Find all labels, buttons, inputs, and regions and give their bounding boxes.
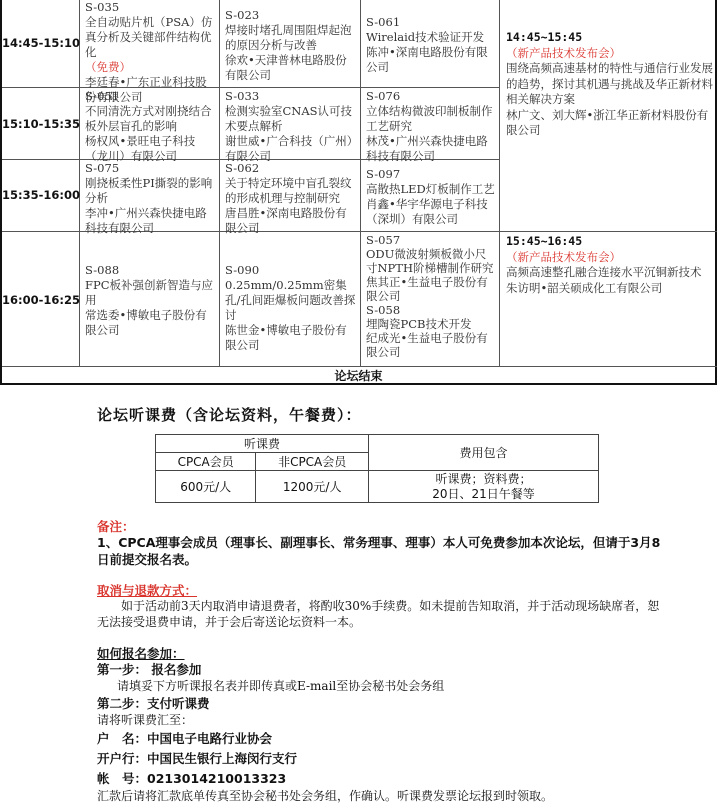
member-header: CPCA会员 — [156, 453, 256, 471]
session-title: 不同清洗方式对刚挠结合板外层盲孔的影响 — [85, 104, 215, 134]
launch-label: （新产品技术发布会） — [506, 250, 714, 266]
bank-label: 开户行： — [97, 751, 147, 766]
session-title: 埋陶瓷PCB技术开发 — [366, 317, 495, 331]
schedule-table: 14:45-15:10 S-035 全自动贴片机（PSA）仿真分析及关键部件结构… — [0, 0, 720, 388]
session-cell: S-090 0.25mm/0.25mm密集孔/孔间距爆板问题改善探讨 陈世金•博… — [221, 263, 360, 353]
session-speaker: 陈冲•深南电路股份有限公司 — [366, 45, 495, 75]
launch-desc: 高频高速整孔融合连接水平沉铜新技术 — [506, 265, 714, 281]
account-no-row: 帐 号：0213014210013323 — [97, 769, 286, 787]
session-cell: S-023 焊接时堵孔周围阻焊起泡的原因分析与改善 徐欢•天津普林电路股份有限公… — [221, 8, 360, 83]
session-speaker: 徐欢•天津普林电路股份有限公司 — [225, 53, 356, 83]
member-price: 600元/人 — [156, 471, 256, 503]
account-name: 中国电子电路行业协会 — [147, 731, 272, 746]
account-no-label: 帐 号： — [97, 771, 147, 786]
step2-label: 第二步：支付听课费 — [97, 694, 210, 712]
session-speaker: 杨权风•景旺电子科技（龙川）有限公司 — [85, 134, 215, 164]
bank-name: 中国民生银行上海闵行支行 — [147, 751, 297, 766]
fee-table: 听课费 费用包含 CPCA会员 非CPCA会员 600元/人 1200元/人 听… — [155, 434, 599, 503]
session-code: S-033 — [225, 89, 356, 104]
session-title: 全自动贴片机（PSA）仿真分析及关键部件结构优化 — [85, 15, 215, 60]
divider — [2, 366, 717, 367]
session-cell: S-097 高散热LED灯板制作工艺 肖鑫•华宇华源电子科技（深圳）有限公司 — [362, 167, 499, 227]
nonmember-header: 非CPCA会员 — [256, 453, 369, 471]
account-name-label: 户 名： — [97, 731, 147, 746]
launch-time: 15:45~16:45 — [506, 234, 714, 250]
session-code: S-058 — [366, 303, 495, 317]
cancellation-text: 如于活动前3天内取消申请退费者，将酌收30%手续费。如未提前告知取消，并于活动现… — [97, 598, 667, 630]
session-speaker: 常选委•博敏电子股份有限公司 — [85, 308, 215, 338]
includes-header: 费用包含 — [369, 435, 599, 471]
session-cell: S-088 FPC板补强创新智造与应用 常选委•博敏电子股份有限公司 — [81, 263, 219, 338]
session-speaker: 焦其正•生益电子股份有限公司 — [366, 275, 495, 303]
session-speaker: 林茂•广州兴森快捷电路科技有限公司 — [366, 134, 495, 164]
product-launch: 14:45~15:45 （新产品技术发布会） 围绕高频高速基材的特性与通信行业发… — [502, 30, 718, 139]
cancellation-label: 取消与退款方式： — [97, 581, 197, 599]
divider — [2, 87, 500, 88]
session-title: Wirelaid技术验证开发 — [366, 30, 495, 45]
session-cell: S-051 不同清洗方式对刚挠结合板外层盲孔的影响 杨权风•景旺电子科技（龙川）… — [81, 89, 219, 164]
registration-footer: 汇款后请将汇款底单传真至协会秘书处会务组，作确认。听课费发票论坛报到时领取。 — [97, 787, 553, 804]
session-title: ODU微波射频板微小尺寸NPTH阶梯槽制作研究 — [366, 247, 495, 275]
product-launch: 15:45~16:45 （新产品技术发布会） 高频高速整孔融合连接水平沉铜新技术… — [502, 234, 718, 296]
session-title: 焊接时堵孔周围阻焊起泡的原因分析与改善 — [225, 23, 356, 53]
session-cell: S-075 刚挠板柔性PI撕裂的影响分析 李冲•广州兴森快捷电路科技有限公司 — [81, 161, 219, 236]
session-title: 刚挠板柔性PI撕裂的影响分析 — [85, 176, 215, 206]
session-title: 关于特定环境中盲孔裂纹的形成机理与控制研究 — [225, 176, 356, 206]
remit-to: 请将听课费汇至： — [97, 711, 193, 728]
time-slot: 16:00-16:25 — [2, 293, 80, 307]
session-code: S-051 — [85, 89, 215, 104]
session-speaker: 谢世威•广合科技（广州）有限公司 — [225, 134, 356, 164]
session-code: S-097 — [366, 167, 495, 182]
forum-end: 论坛结束 — [2, 368, 715, 385]
time-slot: 14:45-15:10 — [2, 36, 80, 50]
free-badge: （免费） — [85, 60, 215, 75]
session-title: 检测实验室CNAS认可技术要点解析 — [225, 104, 356, 134]
notes-label: 备注： — [97, 517, 135, 535]
nonmember-price: 1200元/人 — [256, 471, 369, 503]
time-slot: 15:35-16:00 — [2, 188, 80, 202]
launch-label: （新产品技术发布会） — [506, 46, 714, 62]
launch-speaker: 朱访明•韶关硕成化工有限公司 — [506, 281, 714, 297]
includes-line: 20日、21日午餐等 — [369, 487, 598, 502]
session-title: 立体结构微波印制板制作工艺研究 — [366, 104, 495, 134]
session-speaker: 陈世金•博敏电子股份有限公司 — [225, 323, 356, 353]
session-speaker: 纪成光•生益电子股份有限公司 — [366, 331, 495, 359]
session-code: S-076 — [366, 89, 495, 104]
launch-desc: 围绕高频高速基材的特性与通信行业发展的趋势，探讨其机遇与挑战及华正新材料相关解决… — [506, 61, 714, 108]
time-slot: 15:10-15:35 — [2, 117, 80, 131]
session-code: S-057 — [366, 233, 495, 247]
divider — [499, 0, 500, 367]
session-speaker: 唐昌胜•深南电路股份有限公司 — [225, 206, 356, 236]
launch-time: 14:45~15:45 — [506, 30, 714, 46]
session-cell: S-061 Wirelaid技术验证开发 陈冲•深南电路股份有限公司 — [362, 15, 499, 75]
fee-group-header: 听课费 — [156, 435, 369, 453]
step1-label: 第一步： 报名参加 — [97, 660, 201, 678]
session-code: S-035 — [85, 0, 215, 15]
divider — [360, 0, 361, 367]
step1-text: 请填妥下方听课报名表并即传真或E-mail至协会秘书处会务组 — [117, 677, 444, 694]
fee-title: 论坛听课费（含论坛资料，午餐费）： — [97, 404, 362, 425]
account-no: 0213014210013323 — [147, 771, 286, 786]
session-code: S-023 — [225, 8, 356, 23]
bank-row: 开户行：中国民生银行上海闵行支行 — [97, 749, 297, 767]
session-speaker: 肖鑫•华宇华源电子科技（深圳）有限公司 — [366, 197, 495, 227]
notes-text: 1、CPCA理事会成员（理事长、副理事长、常务理事、理事）本人可免费参加本次论坛… — [97, 534, 667, 568]
session-title: 高散热LED灯板制作工艺 — [366, 182, 495, 197]
session-title: 0.25mm/0.25mm密集孔/孔间距爆板问题改善探讨 — [225, 278, 356, 323]
session-code: S-090 — [225, 263, 356, 278]
divider — [79, 0, 80, 367]
session-cell: S-033 检测实验室CNAS认可技术要点解析 谢世威•广合科技（广州）有限公司 — [221, 89, 360, 164]
session-code: S-088 — [85, 263, 215, 278]
launch-speaker: 林广文、刘大辉•浙江华正新材料股份有限公司 — [506, 108, 714, 139]
divider — [219, 0, 220, 367]
session-code: S-061 — [366, 15, 495, 30]
session-cell: S-076 立体结构微波印制板制作工艺研究 林茂•广州兴森快捷电路科技有限公司 — [362, 89, 499, 164]
session-code: S-062 — [225, 161, 356, 176]
session-cell: S-062 关于特定环境中盲孔裂纹的形成机理与控制研究 唐昌胜•深南电路股份有限… — [221, 161, 360, 236]
includes-cell: 听课费；资料费； 20日、21日午餐等 — [369, 471, 599, 503]
account-name-row: 户 名：中国电子电路行业协会 — [97, 729, 272, 747]
session-speaker: 李冲•广州兴森快捷电路科技有限公司 — [85, 206, 215, 236]
session-code: S-075 — [85, 161, 215, 176]
includes-line: 听课费；资料费； — [369, 472, 598, 487]
session-cell: S-057 ODU微波射频板微小尺寸NPTH阶梯槽制作研究 焦其正•生益电子股份… — [362, 233, 499, 359]
session-title: FPC板补强创新智造与应用 — [85, 278, 215, 308]
